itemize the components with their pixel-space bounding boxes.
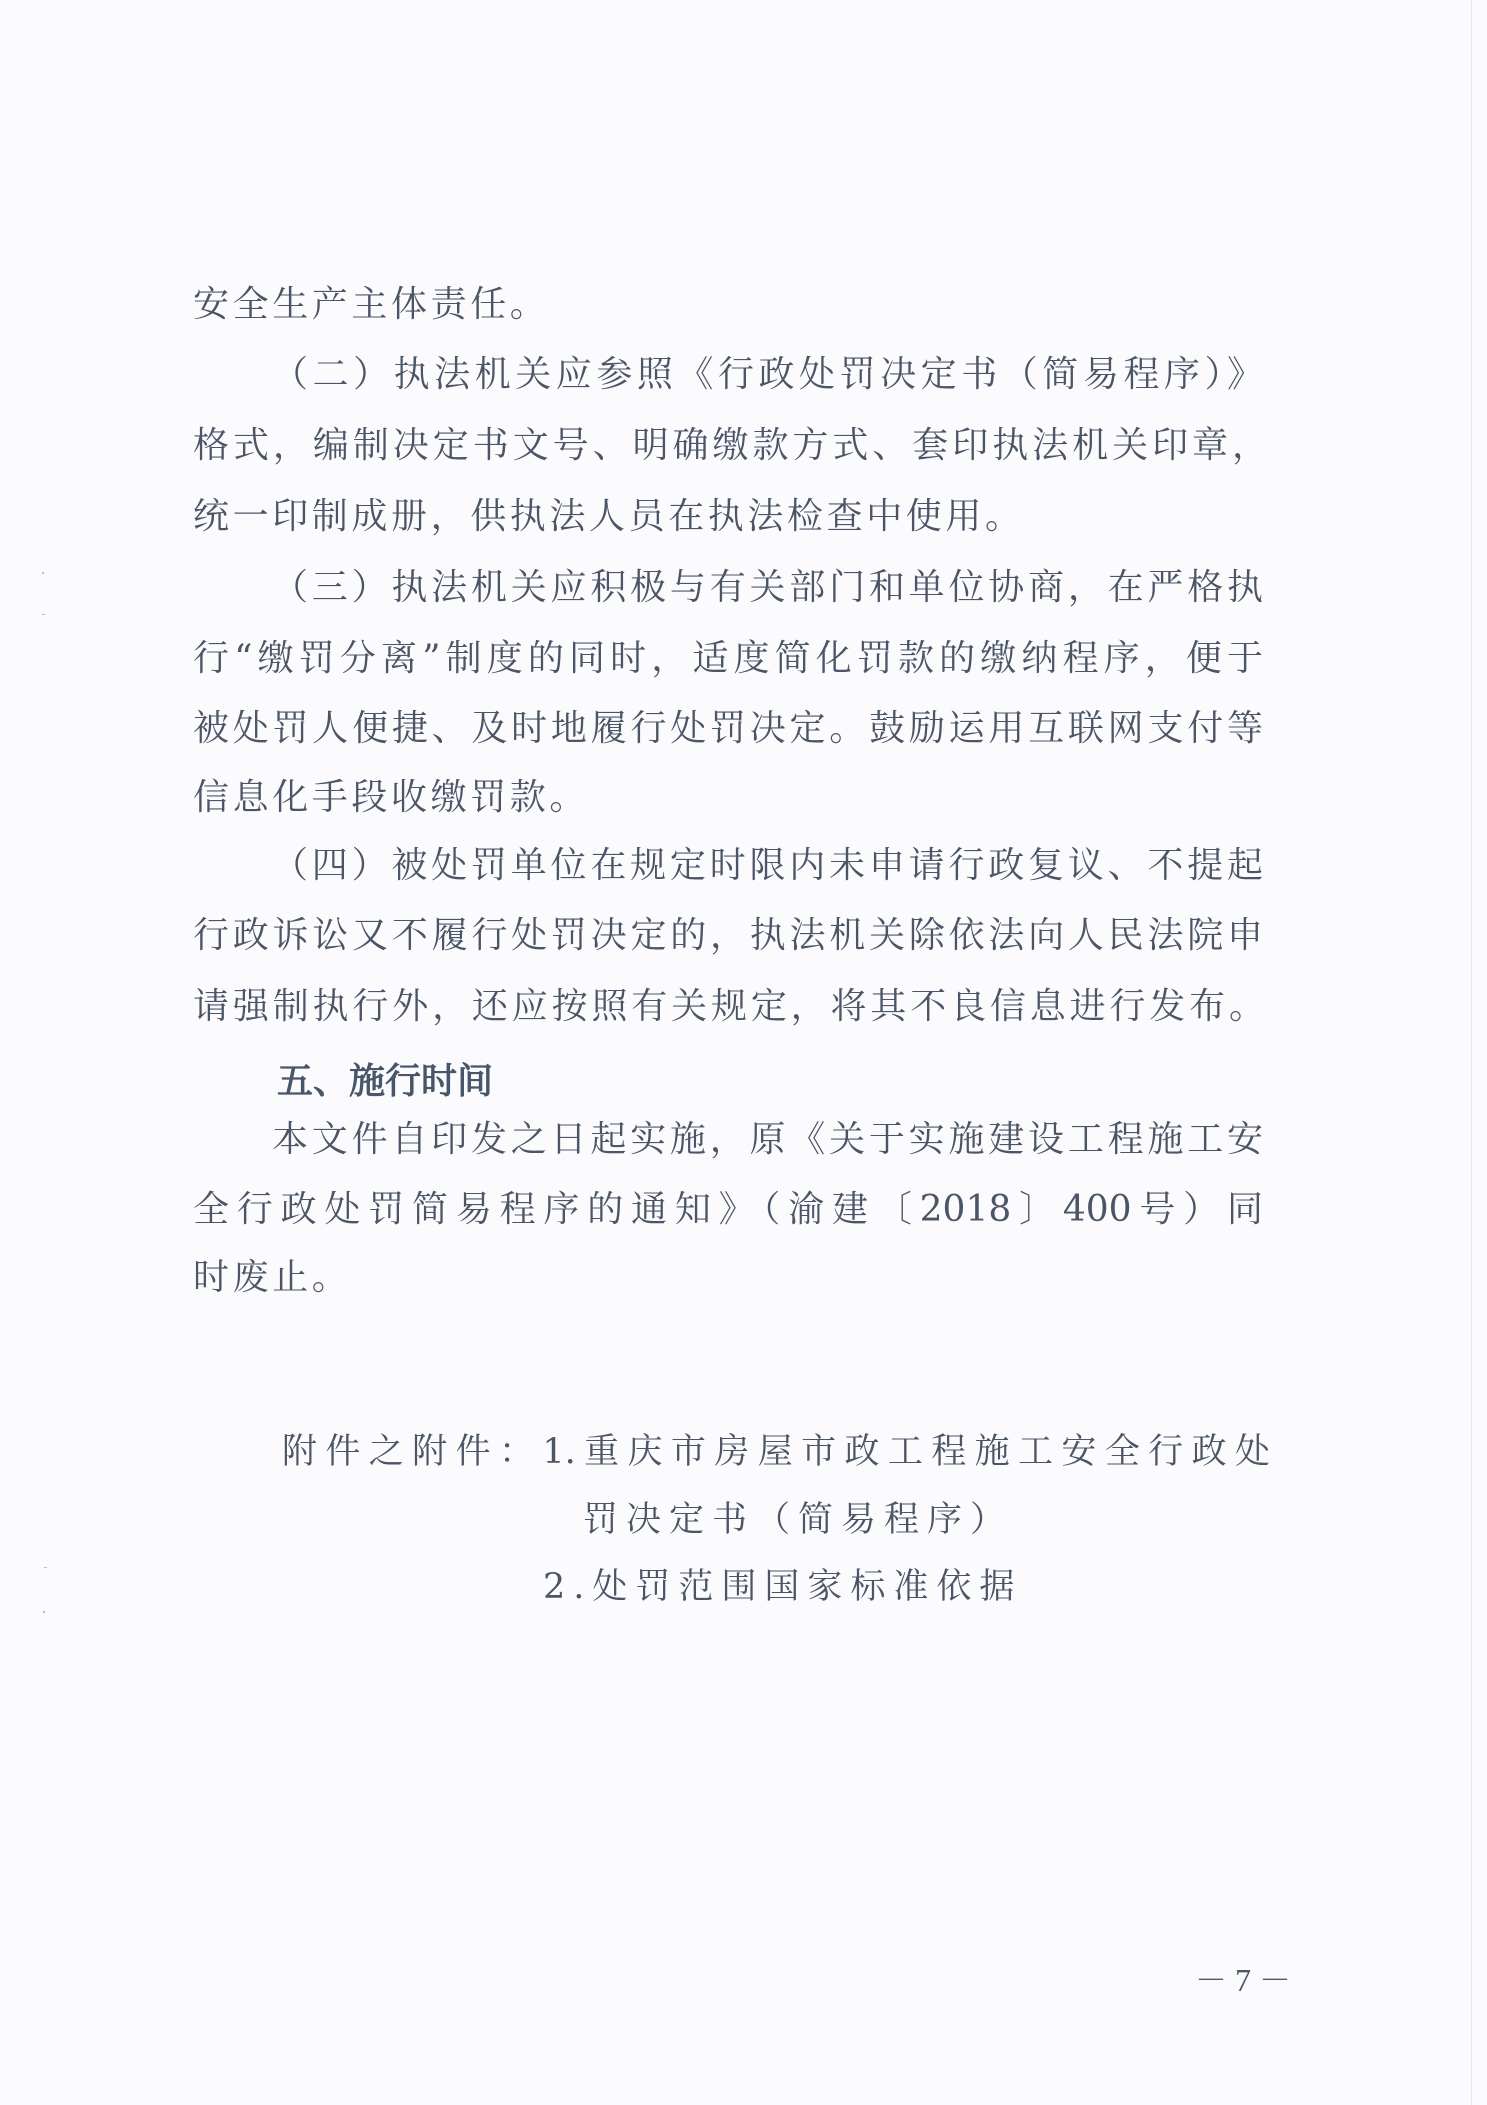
scan-speck — [42, 572, 44, 574]
paragraph-line: 被处罚人便捷、及时地履行处罚决定。鼓励运用互联网支付等 — [193, 711, 1263, 747]
paragraph-line-item-4: （四）被处罚单位在规定时限内未申请行政复议、不提起 — [272, 848, 1263, 884]
attachment-line-3: 2.处罚范围国家标准依据 — [543, 1569, 1022, 1605]
section-heading: 五、施行时间 — [277, 1064, 493, 1100]
scan-edge-line — [1471, 0, 1472, 2105]
page-number: － 7 － — [1195, 1964, 1291, 1996]
paragraph-line: 行“缴罚分离”制度的同时，适度简化罚款的缴纳程序，便于 — [193, 641, 1263, 677]
attachment-line-2: 罚决定书（简易程序） — [583, 1502, 1013, 1538]
scan-speck — [44, 1567, 47, 1568]
scan-speck — [42, 614, 45, 615]
paragraph-line-section-5: 本文件自印发之日起实施，原《关于实施建设工程施工安 — [272, 1122, 1263, 1158]
attachment-line-1: 附件之附件：1.重庆市房屋市政工程施工安全行政处 — [282, 1434, 1270, 1470]
document-page: 安全生产主体责任。 （二）执法机关应参照《行政处罚决定书（简易程序）》 格式，编… — [0, 0, 1487, 2105]
paragraph-line-item-2: （二）执法机关应参照《行政处罚决定书（简易程序）》 — [272, 357, 1263, 393]
paragraph-line: 格式，编制决定书文号、明确缴款方式、套印执法机关印章， — [193, 428, 1268, 464]
paragraph-line: 时废止。 — [193, 1260, 351, 1296]
paragraph-line: 行政诉讼又不履行处罚决定的，执法机关除依法向人民法院申 — [193, 918, 1263, 954]
paragraph-line: 安全生产主体责任。 — [193, 287, 549, 323]
paragraph-line: 全行政处罚简易程序的通知》（渝建〔2018〕400号）同 — [193, 1192, 1263, 1228]
scan-speck — [43, 1611, 45, 1613]
paragraph-line: 请强制执行外，还应按照有关规定，将其不良信息进行发布。 — [193, 989, 1265, 1025]
paragraph-line-item-3: （三）执法机关应积极与有关部门和单位协商，在严格执 — [272, 570, 1263, 606]
paragraph-line: 信息化手段收缴罚款。 — [193, 780, 589, 816]
paragraph-line: 统一印制成册，供执法人员在执法检查中使用。 — [193, 499, 1025, 535]
